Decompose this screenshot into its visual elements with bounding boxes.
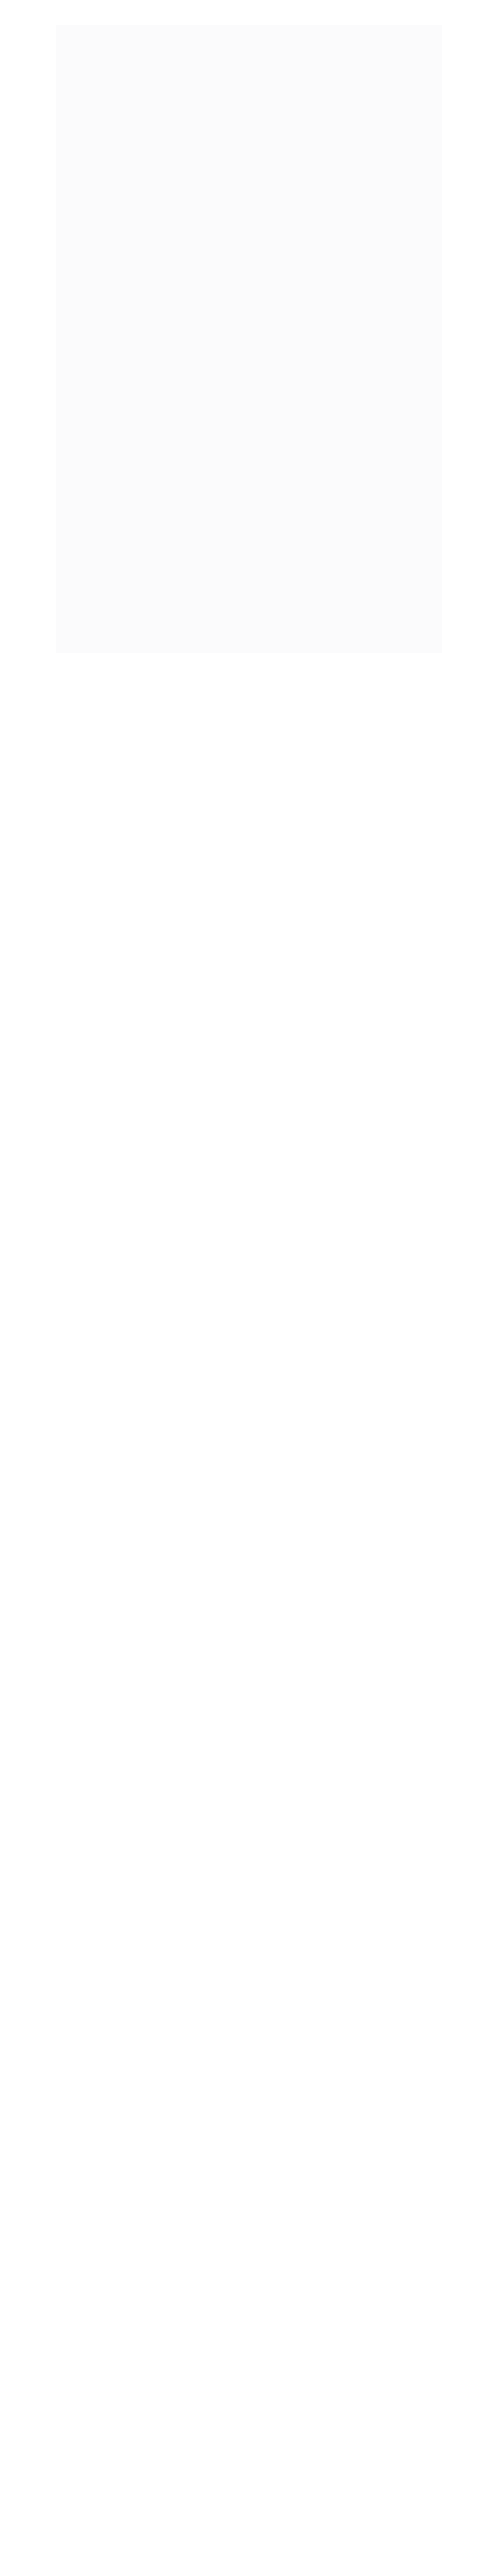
document-page-4 xyxy=(56,25,442,653)
